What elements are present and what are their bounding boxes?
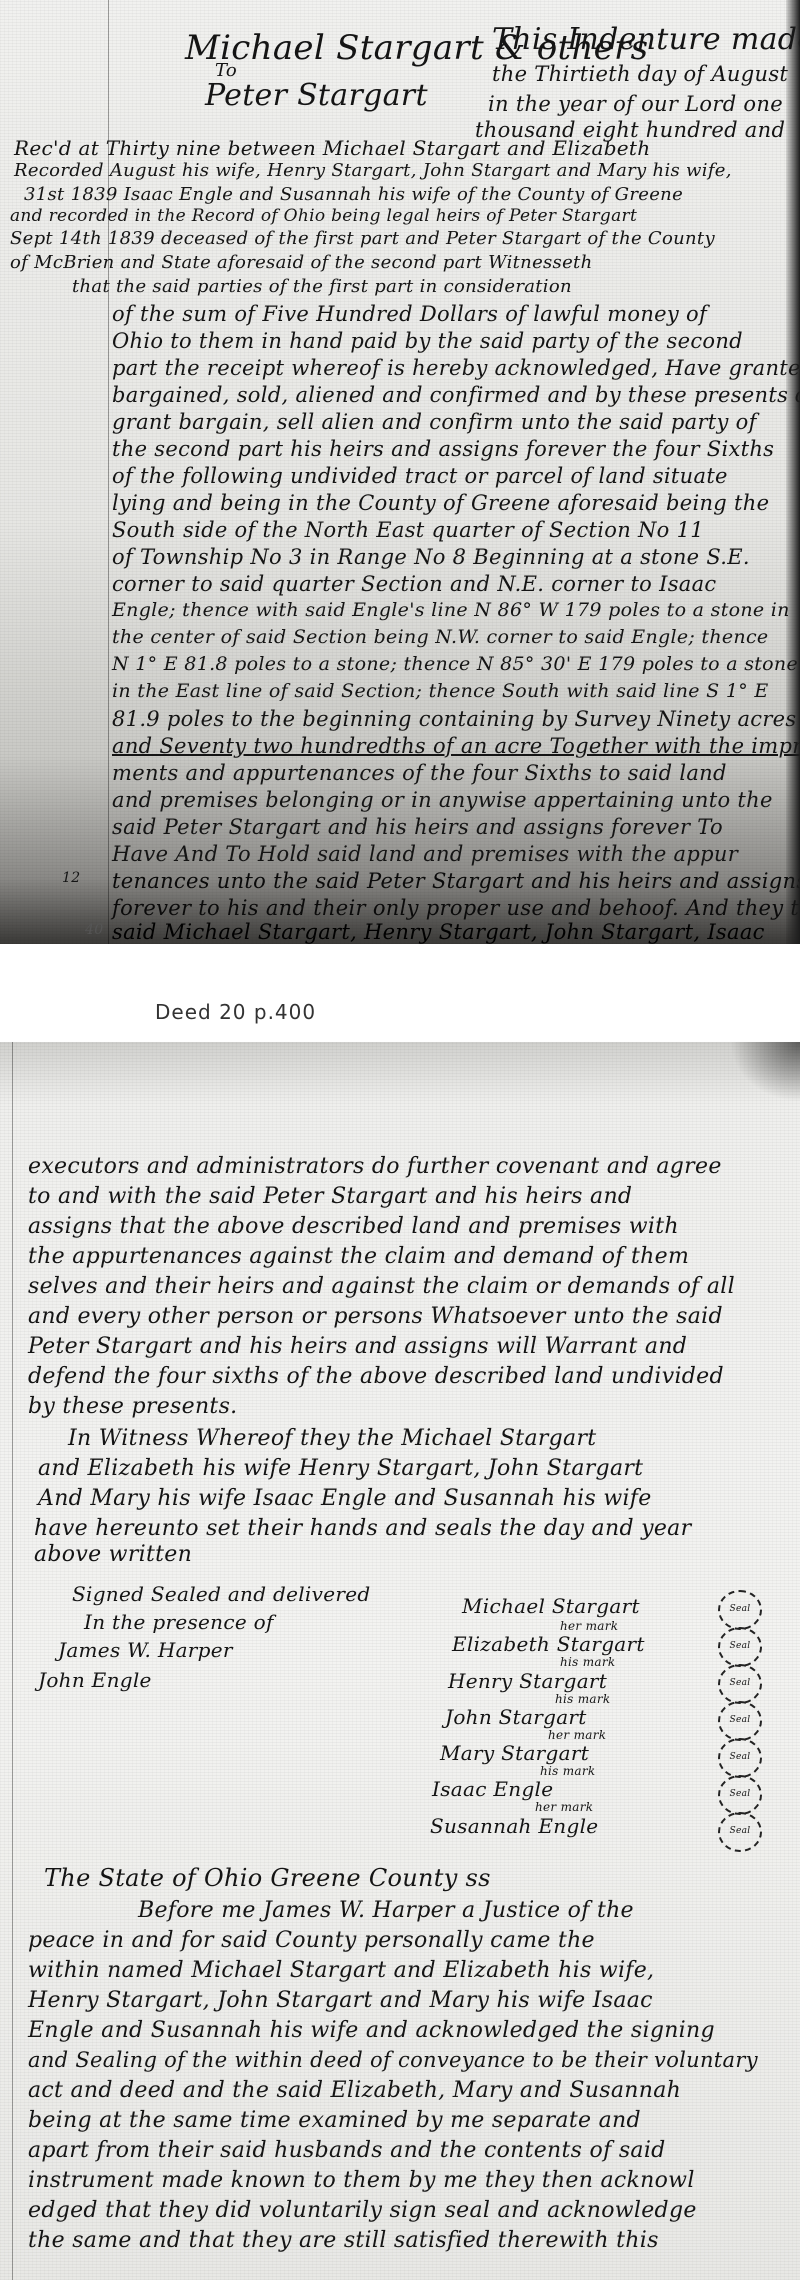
witness-signature: John Engle [38,1668,152,1692]
deed-line: to and with the said Peter Stargart and … [28,1184,632,1209]
deed-line: forever to his and their only proper use… [112,896,800,920]
deed-line: lying and being in the County of Greene … [112,491,769,515]
deed-line: corner to said quarter Section and N.E. … [112,572,716,596]
indenture-line: in the year of our Lord one [488,92,783,116]
deed-line: 31st 1839 Isaac Engle and Susannah his w… [24,184,683,205]
deed-line: and Seventy two hundredths of an acre To… [112,734,800,758]
acknowledgment-heading: The State of Ohio Greene County ss [44,1864,491,1892]
deed-line: In Witness Whereof they the Michael Star… [68,1426,596,1451]
deed-line: and premises belonging or in anywise app… [112,788,773,812]
acknowledgment-line: the same and that they are still satisfi… [28,2228,659,2253]
deed-line: that the said parties of the first part … [72,276,572,297]
deed-line: the second part his heirs and assigns fo… [112,437,774,461]
deed-line: by these presents. [28,1394,237,1419]
deed-line: part the receipt whereof is hereby ackno… [112,356,800,380]
signature-mark: his mark [555,1692,610,1706]
acknowledgment-line: Engle and Susannah his wife and acknowle… [28,2018,715,2043]
signature-mark: her mark [548,1728,606,1742]
deed-line: Engle; thence with said Engle's line N 8… [112,599,790,621]
deed-line: ments and appurtenances of the four Sixt… [112,761,727,785]
acknowledgment-line: within named Michael Stargart and Elizab… [28,1958,654,1983]
margin-mark: 40 [85,922,103,938]
deed-line: of the sum of Five Hundred Dollars of la… [112,302,707,326]
seal-icon: Seal [718,1701,762,1741]
seal-icon: Seal [718,1812,762,1852]
deed-line: bargained, sold, aliened and confirmed a… [112,383,800,407]
seal-icon: Seal [718,1627,762,1667]
signature-elizabeth-stargart: Elizabeth Stargart [452,1632,645,1656]
deed-page-2: executors and administrators do further … [0,1042,800,2280]
margin-rule [12,1042,13,2280]
deed-page-1: Michael Stargart & others To Peter Starg… [0,0,800,944]
signature-mary-stargart: Mary Stargart [440,1741,589,1765]
deed-line: of the following undivided tract or parc… [112,464,728,488]
deed-line: have hereunto set their hands and seals … [34,1516,691,1541]
acknowledgment-line: apart from their said husbands and the c… [28,2138,666,2163]
heading-grantee: Peter Stargart [205,78,428,113]
deed-line: executors and administrators do further … [28,1154,722,1179]
indenture-title: This Indenture made [492,22,800,57]
deed-line: Have And To Hold said land and premises … [112,842,738,866]
seal-icon: Seal [718,1664,762,1704]
deed-line: selves and their heirs and against the c… [28,1274,735,1299]
seal-icon: Seal [718,1738,762,1778]
signature-michael-stargart: Michael Stargart [462,1594,640,1618]
indenture-line: the Thirtieth day of August [492,62,788,86]
deed-line: above written [34,1542,192,1567]
deed-line: Ohio to them in hand paid by the said pa… [112,329,743,353]
deed-line: said Michael Stargart, Henry Stargart, J… [112,920,765,944]
signature-mark: her mark [535,1800,593,1814]
deed-line: And Mary his wife Isaac Engle and Susann… [38,1486,652,1511]
signature-mark: her mark [560,1619,618,1633]
deed-line: the center of said Section being N.W. co… [112,626,768,648]
signature-henry-stargart: Henry Stargart [448,1669,607,1693]
deed-book-reference: Deed 20 p.400 [155,1000,316,1024]
acknowledgment-line: Henry Stargart, John Stargart and Mary h… [28,1988,653,2013]
deed-line: 81.9 poles to the beginning containing b… [112,707,796,731]
acknowledgment-line: Before me James W. Harper a Justice of t… [138,1898,634,1923]
deed-line: in the East line of said Section; thence… [112,680,769,702]
seal-icon: Seal [718,1775,762,1815]
deed-line: and Elizabeth his wife Henry Stargart, J… [38,1456,643,1481]
deed-line: of Township No 3 in Range No 8 Beginning… [112,545,750,569]
signature-susannah-engle: Susannah Engle [430,1814,598,1838]
deed-line: Rec'd at Thirty nine between Michael Sta… [14,136,650,160]
acknowledgment-line: act and deed and the said Elizabeth, Mar… [28,2078,681,2103]
deed-line: South side of the North East quarter of … [112,518,704,542]
seal-icon: Seal [718,1590,762,1630]
deed-line: defend the four sixths of the above desc… [28,1364,724,1389]
deed-line: tenances unto the said Peter Stargart an… [112,869,800,893]
signature-john-stargart: John Stargart [445,1705,587,1729]
deed-line: Sept 14th 1839 deceased of the first par… [10,228,715,249]
deed-line: said Peter Stargart and his heirs and as… [112,815,723,839]
deed-line: Peter Stargart and his heirs and assigns… [28,1334,687,1359]
signature-isaac-engle: Isaac Engle [432,1777,553,1801]
deed-line: grant bargain, sell alien and confirm un… [112,410,757,434]
deed-line: assigns that the above described land an… [28,1214,679,1239]
acknowledgment-line: and Sealing of the within deed of convey… [28,2048,758,2072]
witness-signature: James W. Harper [58,1638,233,1662]
attestation-signed-sealed: Signed Sealed and delivered [72,1582,370,1606]
margin-mark: 12 [62,870,80,886]
acknowledgment-line: being at the same time examined by me se… [28,2108,641,2133]
deed-line: N 1° E 81.8 poles to a stone; thence N 8… [112,653,798,675]
acknowledgment-line: peace in and for said County personally … [28,1928,595,1953]
attestation-presence: In the presence of [84,1610,274,1634]
deed-line: the appurtenances against the claim and … [28,1244,689,1269]
deed-line: Recorded August his wife, Henry Stargart… [14,160,732,181]
deed-line: of McBrien and State aforesaid of the se… [10,252,592,273]
signature-mark: his mark [560,1655,615,1669]
deed-line: and recorded in the Record of Ohio being… [10,206,637,226]
signature-mark: his mark [540,1764,595,1778]
acknowledgment-line: instrument made known to them by me they… [28,2168,695,2193]
deed-line: and every other person or persons Whatso… [28,1304,723,1329]
acknowledgment-line: edged that they did voluntarily sign sea… [28,2198,697,2223]
